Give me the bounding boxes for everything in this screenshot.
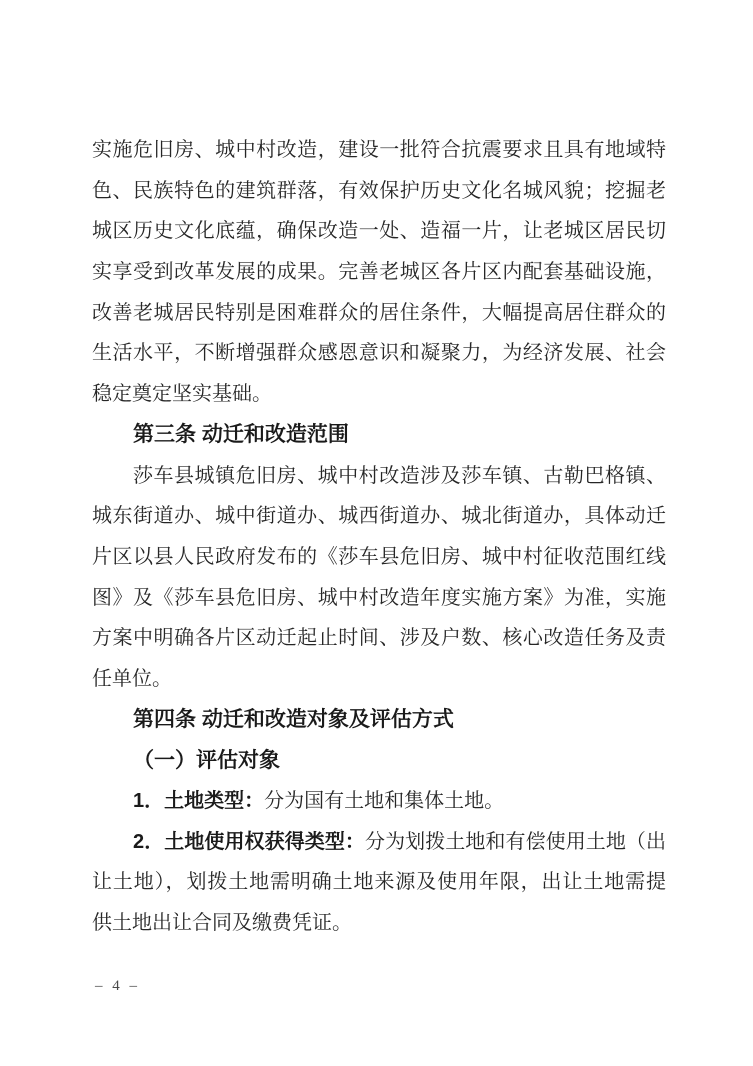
document-content: 实施危旧房、城中村改造，建设一批符合抗震要求且具有地域特色、民族特色的建筑群落，… — [92, 130, 666, 944]
text-run: 图》及《莎车县危旧房、城中村改造年度实施方案》为准，实施 — [92, 587, 666, 609]
text-line: 城区历史文化底蕴，确保改造一处、造福一片，让老城区居民切 — [92, 211, 666, 252]
bold-text-run: （一）评估对象 — [133, 749, 280, 772]
text-run: 稳定奠定坚实基础。 — [92, 383, 272, 405]
text-line: 生活水平，不断增强群众感恩意识和凝聚力，为经济发展、社会 — [92, 333, 666, 374]
text-run: 供土地出让合同及缴费凭证。 — [92, 912, 352, 934]
text-line: 稳定奠定坚实基础。 — [92, 374, 666, 415]
text-line: 城东街道办、城中街道办、城西街道办、城北街道办，具体动迁 — [92, 496, 666, 537]
text-line: 第四条 动迁和改造对象及评估方式 — [92, 700, 666, 741]
document-page: 实施危旧房、城中村改造，建设一批符合抗震要求且具有地域特色、民族特色的建筑群落，… — [0, 0, 753, 1066]
text-line: 方案中明确各片区动迁起止时间、涉及户数、核心改造任务及责 — [92, 618, 666, 659]
text-run: 任单位。 — [92, 668, 172, 690]
text-line: （一）评估对象 — [92, 740, 666, 781]
text-run: 莎车县城镇危旧房、城中村改造涉及莎车镇、古勒巴格镇、 — [133, 465, 666, 487]
paragraph-article-3: 莎车县城镇危旧房、城中村改造涉及莎车镇、古勒巴格镇、城东街道办、城中街道办、城西… — [92, 456, 666, 700]
text-line: 供土地出让合同及缴费凭证。 — [92, 903, 666, 944]
text-line: 让土地），划拨土地需明确土地来源及使用年限，出让土地需提 — [92, 862, 666, 903]
text-run: 片区以县人民政府发布的《莎车县危旧房、城中村征收范围红线 — [92, 546, 666, 568]
item-2: 2．土地使用权获得类型：分为划拨土地和有偿使用土地（出让土地），划拨土地需明确土… — [92, 822, 666, 944]
bold-text-run: 1．土地类型： — [133, 790, 264, 812]
heading-article-4: 第四条 动迁和改造对象及评估方式 — [92, 700, 666, 741]
text-line: 实施危旧房、城中村改造，建设一批符合抗震要求且具有地域特 — [92, 130, 666, 171]
text-run: 生活水平，不断增强群众感恩意识和凝聚力，为经济发展、社会 — [92, 342, 666, 364]
text-run: 方案中明确各片区动迁起止时间、涉及户数、核心改造任务及责 — [92, 627, 666, 649]
text-line: 实享受到改革发展的成果。完善老城区各片区内配套基础设施， — [92, 252, 666, 293]
text-run: 改善老城居民特别是困难群众的居住条件，大幅提高居住群众的 — [92, 302, 666, 324]
text-run: 实享受到改革发展的成果。完善老城区各片区内配套基础设施， — [92, 261, 666, 283]
text-run: 让土地），划拨土地需明确土地来源及使用年限，出让土地需提 — [92, 871, 666, 893]
text-line: 色、民族特色的建筑群落，有效保护历史文化名城风貌；挖掘老 — [92, 171, 666, 212]
bold-text-run: 第四条 动迁和改造对象及评估方式 — [133, 708, 454, 731]
bold-text-run: 2．土地使用权获得类型： — [133, 831, 365, 853]
text-run: 分为划拨土地和有偿使用土地（出 — [365, 831, 666, 853]
text-line: 莎车县城镇危旧房、城中村改造涉及莎车镇、古勒巴格镇、 — [92, 456, 666, 497]
paragraph-continuation: 实施危旧房、城中村改造，建设一批符合抗震要求且具有地域特色、民族特色的建筑群落，… — [92, 130, 666, 415]
text-line: 片区以县人民政府发布的《莎车县危旧房、城中村征收范围红线 — [92, 537, 666, 578]
text-line: 任单位。 — [92, 659, 666, 700]
bold-text-run: 第三条 动迁和改造范围 — [133, 423, 349, 446]
text-line: 1．土地类型：分为国有土地和集体土地。 — [92, 781, 666, 822]
text-line: 改善老城居民特别是困难群众的居住条件，大幅提高居住群众的 — [92, 293, 666, 334]
text-run: 色、民族特色的建筑群落，有效保护历史文化名城风貌；挖掘老 — [92, 180, 666, 202]
text-run: 分为国有土地和集体土地。 — [264, 790, 504, 812]
heading-article-3: 第三条 动迁和改造范围 — [92, 415, 666, 456]
text-run: 城区历史文化底蕴，确保改造一处、造福一片，让老城区居民切 — [92, 220, 666, 242]
text-line: 第三条 动迁和改造范围 — [92, 415, 666, 456]
text-run: 实施危旧房、城中村改造，建设一批符合抗震要求且具有地域特 — [92, 139, 666, 161]
item-1: 1．土地类型：分为国有土地和集体土地。 — [92, 781, 666, 822]
heading-sub-1: （一）评估对象 — [92, 740, 666, 781]
page-number: – 4 – — [95, 978, 140, 995]
text-line: 图》及《莎车县危旧房、城中村改造年度实施方案》为准，实施 — [92, 578, 666, 619]
text-line: 2．土地使用权获得类型：分为划拨土地和有偿使用土地（出 — [92, 822, 666, 863]
text-run: 城东街道办、城中街道办、城西街道办、城北街道办，具体动迁 — [92, 505, 666, 527]
